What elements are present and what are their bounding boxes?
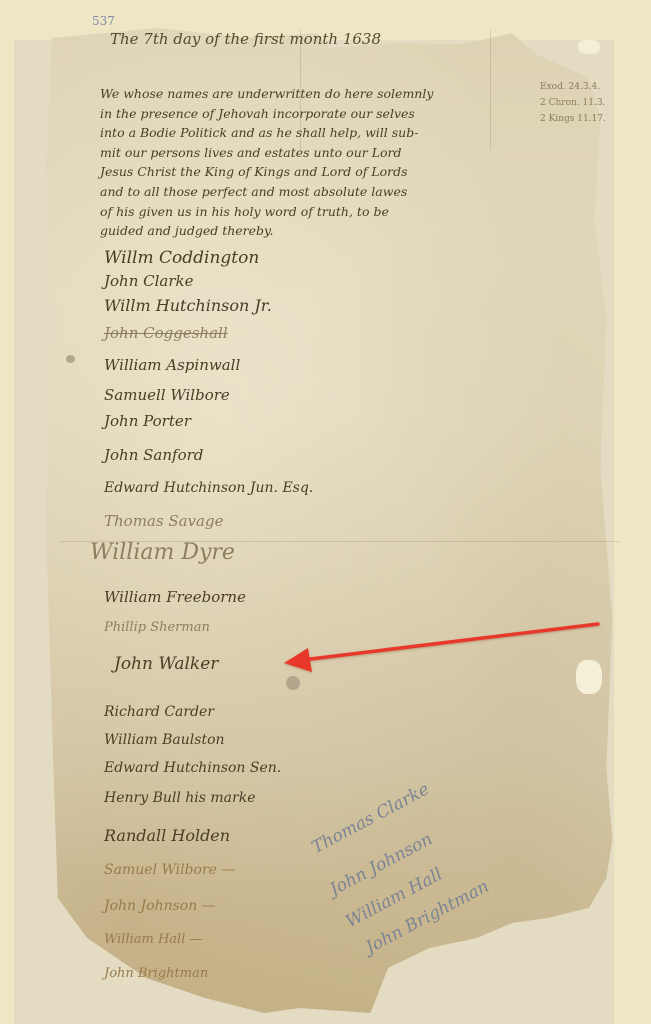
red-arrow-annotation [0, 0, 651, 1024]
